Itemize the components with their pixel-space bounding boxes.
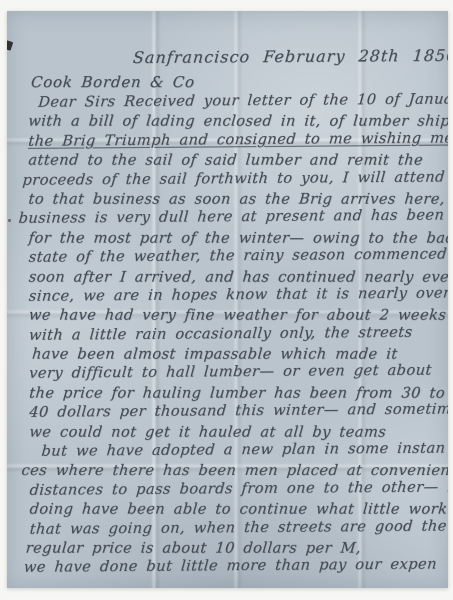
letter-line: with a little rain occasionally only, th… xyxy=(28,322,448,345)
letter-line: distances to pass boards from one to the… xyxy=(29,477,448,500)
letter-line: business is very dull here at present an… xyxy=(18,206,448,229)
letter-line: but we have adopted a new plan in some i… xyxy=(41,439,448,462)
letter-line: the Brig Triumph and consigned to me wis… xyxy=(28,128,448,151)
letter-addressee: Cook Borden & Co xyxy=(30,73,196,91)
letter-line: state of the weather, the rainy season c… xyxy=(28,245,448,268)
letter-line: we have done but little more than pay ou… xyxy=(23,555,448,578)
letter-dateline: Sanfrancisco February 28th 1850 xyxy=(132,46,448,67)
letter-body: Dear Sirs Received your letter of the 10… xyxy=(28,91,448,577)
paper-speck xyxy=(7,40,13,51)
letter-paper: Sanfrancisco February 28th 1850 Cook Bor… xyxy=(7,11,448,588)
letter-line: that was going on, when the streets are … xyxy=(29,516,448,539)
letter-line: Dear Sirs Received your letter of the 10… xyxy=(37,89,447,112)
paper-speck xyxy=(8,219,11,222)
letter-line: since, we are in hopes know that it is n… xyxy=(28,283,448,306)
scanned-letter-page: { "colors": { "paper": "#b9c4cd", "ink":… xyxy=(0,0,453,600)
letter-line: very difficult to hall lumber— or even g… xyxy=(28,361,448,384)
letter-line: proceeds of the sail forthwith to you, I… xyxy=(22,167,448,190)
letter-line: 40 dollars per thousand this winter— and… xyxy=(28,400,448,423)
